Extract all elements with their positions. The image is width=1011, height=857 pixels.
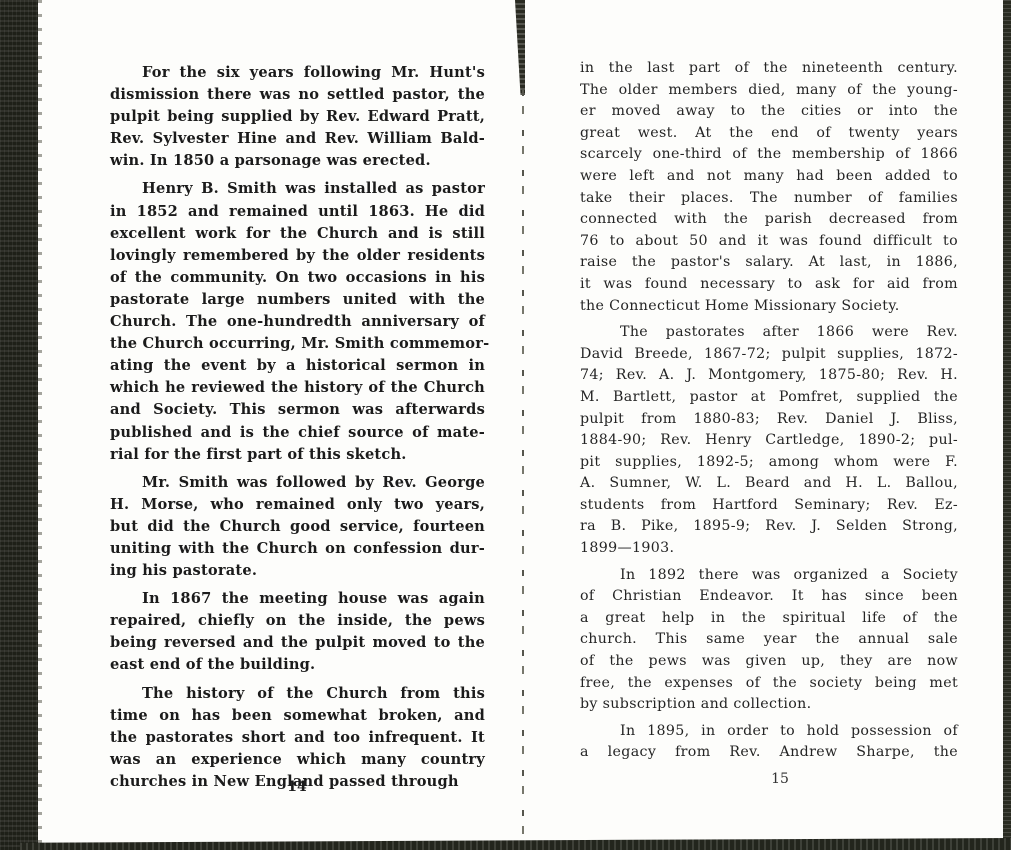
text-line: the Church occurring, Mr. Smith commemor… xyxy=(110,333,485,355)
text-line: the pastorates short and too infrequent.… xyxy=(110,727,485,749)
text-line: of Christian Endeavor. It has since been xyxy=(580,586,958,608)
text-line: uniting with the Church on confession du… xyxy=(110,538,485,560)
text-line: win. In 1850 a parsonage was erected. xyxy=(110,150,485,172)
text-line: of the community. On two occasions in hi… xyxy=(110,267,485,289)
text-line: pulpit being supplied by Rev. Edward Pra… xyxy=(110,106,485,128)
page-number-left: 14 xyxy=(277,779,317,795)
text-line: great west. At the end of twenty years xyxy=(580,123,958,145)
center-gutter xyxy=(515,0,527,857)
text-line: Rev. Sylvester Hine and Rev. William Bal… xyxy=(110,128,485,150)
text-line: by subscription and collection. xyxy=(580,694,958,716)
text-line: excellent work for the Church and is sti… xyxy=(110,223,485,245)
paragraph: in the last part of the nineteenth centu… xyxy=(580,58,958,317)
text-line: take their places. The number of familie… xyxy=(580,188,958,210)
book-spread: For the six years following Mr. Hunt'sdi… xyxy=(0,0,1011,857)
text-line: Mr. Smith was followed by Rev. George xyxy=(110,472,485,494)
text-line: In 1892 there was organized a Society xyxy=(580,565,958,587)
paragraph: For the six years following Mr. Hunt'sdi… xyxy=(110,62,485,172)
text-line: was an experience which many country xyxy=(110,749,485,771)
text-line: Church. The one-hundredth anniversary of xyxy=(110,311,485,333)
text-line: dismission there was no settled pastor, … xyxy=(110,84,485,106)
text-line: and Society. This sermon was afterwards xyxy=(110,399,485,421)
paragraph: Henry B. Smith was installed as pastorin… xyxy=(110,178,485,465)
page-edge-right xyxy=(1003,0,1011,845)
text-line: east end of the building. xyxy=(110,654,485,676)
text-line: ing his pastorate. xyxy=(110,560,485,582)
paragraph: In 1895, in order to hold possession ofa… xyxy=(580,721,958,764)
left-page-body: For the six years following Mr. Hunt'sdi… xyxy=(110,62,485,799)
text-line: H. Morse, who remained only two years, xyxy=(110,494,485,516)
paragraph: In 1867 the meeting house was againrepai… xyxy=(110,588,485,676)
text-line: a great help in the spiritual life of th… xyxy=(580,608,958,630)
text-line: of the pews was given up, they are now xyxy=(580,651,958,673)
page-number-right: 15 xyxy=(760,771,800,787)
text-line: it was found necessary to ask for aid fr… xyxy=(580,274,958,296)
text-line: The history of the Church from this xyxy=(110,683,485,705)
gutter-shadow xyxy=(515,0,525,95)
text-line: the Connecticut Home Missionary Society. xyxy=(580,296,958,318)
text-line: The older members died, many of the youn… xyxy=(580,80,958,102)
paragraph: Mr. Smith was followed by Rev. GeorgeH. … xyxy=(110,472,485,582)
right-page-body: in the last part of the nineteenth centu… xyxy=(580,58,958,769)
text-line: published and is the chief source of mat… xyxy=(110,422,485,444)
text-line: David Breede, 1867-72; pulpit supplies, … xyxy=(580,344,958,366)
text-line: er moved away to the cities or into the xyxy=(580,101,958,123)
text-line: were left and not many had been added to xyxy=(580,166,958,188)
text-line: lovingly remembered by the older residen… xyxy=(110,245,485,267)
text-line: being reversed and the pulpit moved to t… xyxy=(110,632,485,654)
gutter-line xyxy=(522,90,524,850)
paragraph: The pastorates after 1866 were Rev.David… xyxy=(580,322,958,560)
binding-edge-left xyxy=(0,0,38,857)
text-line: 74; Rev. A. J. Montgomery, 1875-80; Rev.… xyxy=(580,365,958,387)
text-line: pit supplies, 1892-5; among whom were F. xyxy=(580,452,958,474)
text-line: ra B. Pike, 1895-9; Rev. J. Selden Stron… xyxy=(580,516,958,538)
text-line: in 1852 and remained until 1863. He did xyxy=(110,201,485,223)
text-line: church. This same year the annual sale xyxy=(580,629,958,651)
text-line: 1884-90; Rev. Henry Cartledge, 1890-2; p… xyxy=(580,430,958,452)
text-line: time on has been somewhat broken, and xyxy=(110,705,485,727)
paragraph: The history of the Church from thistime … xyxy=(110,683,485,793)
text-line: In 1895, in order to hold possession of xyxy=(580,721,958,743)
text-line: free, the expenses of the society being … xyxy=(580,673,958,695)
text-line: Henry B. Smith was installed as pastor xyxy=(110,178,485,200)
paragraph: In 1892 there was organized a Societyof … xyxy=(580,565,958,716)
text-line: connected with the parish decreased from xyxy=(580,209,958,231)
text-line: pastorate large numbers united with the xyxy=(110,289,485,311)
text-line: pulpit from 1880-83; Rev. Daniel J. Blis… xyxy=(580,409,958,431)
text-line: The pastorates after 1866 were Rev. xyxy=(580,322,958,344)
text-line: 1899—1903. xyxy=(580,538,958,560)
text-line: In 1867 the meeting house was again xyxy=(110,588,485,610)
text-line: rial for the first part of this sketch. xyxy=(110,444,485,466)
text-line: but did the Church good service, fourtee… xyxy=(110,516,485,538)
text-line: students from Hartford Seminary; Rev. Ez… xyxy=(580,495,958,517)
text-line: a legacy from Rev. Andrew Sharpe, the xyxy=(580,742,958,764)
text-line: A. Sumner, W. L. Beard and H. L. Ballou, xyxy=(580,473,958,495)
text-line: For the six years following Mr. Hunt's xyxy=(110,62,485,84)
bottom-margin xyxy=(0,850,1011,857)
text-line: M. Bartlett, pastor at Pomfret, supplied… xyxy=(580,387,958,409)
text-line: 76 to about 50 and it was found difficul… xyxy=(580,231,958,253)
text-line: in the last part of the nineteenth centu… xyxy=(580,58,958,80)
text-line: which he reviewed the history of the Chu… xyxy=(110,377,485,399)
text-line: ating the event by a historical sermon i… xyxy=(110,355,485,377)
text-line: repaired, chiefly on the inside, the pew… xyxy=(110,610,485,632)
text-line: scarcely one-third of the membership of … xyxy=(580,144,958,166)
text-line: raise the pastor's salary. At last, in 1… xyxy=(580,252,958,274)
